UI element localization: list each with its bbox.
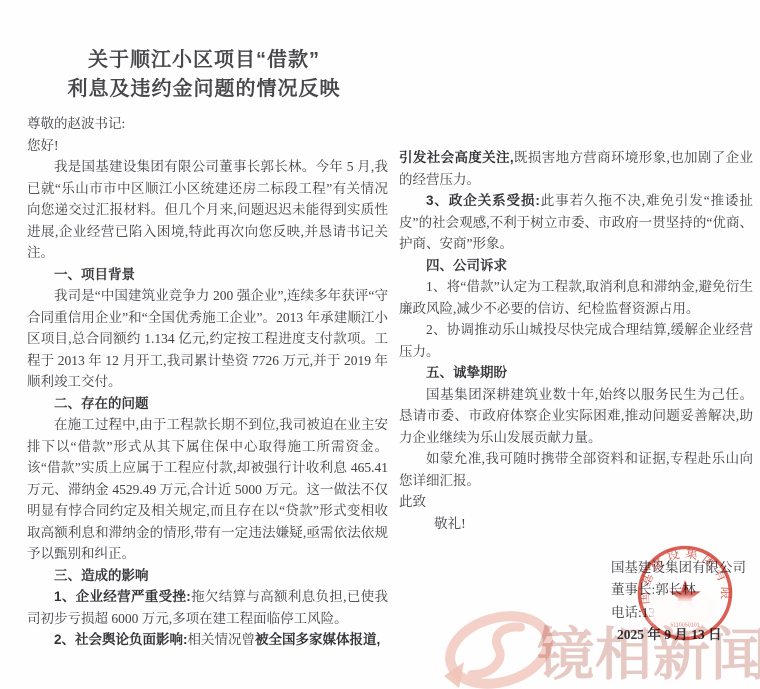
title-line-2: 利息及违约金问题的情况反映 (28, 75, 380, 104)
salutation: 尊敬的赵波书记: (27, 113, 388, 135)
impact-item-2-bold-tail: 被全国多家媒体报道, (255, 632, 380, 647)
section-heading-1: 一、项目背景 (27, 264, 388, 286)
section-heading-2: 二、存在的问题 (27, 393, 388, 415)
problem-paragraph: 在施工过程中,由于工程款长期不到位,我司被迫在业主安排下以“借款”形式从其下属住… (27, 414, 388, 565)
title-line-1: 关于顺江小区项目“借款” (28, 46, 380, 75)
impact-item-2: 2、社会舆论负面影响:相关情况曾被全国多家媒体报道, (27, 629, 388, 651)
document-title: 关于顺江小区项目“借款” 利息及违约金问题的情况反映 (28, 46, 380, 104)
left-column: 尊敬的赵波书记: 您好! 我是国基建设集团有限公司董事长郭长林。今年 5 月,我… (27, 113, 388, 651)
impact-item-1-lead: 1、企业经营严重受挫: (54, 589, 191, 604)
phone-redaction-patch (654, 601, 708, 618)
closing-cizhi: 此致 (399, 491, 753, 513)
closing-jingli: 敬礼! (399, 513, 753, 535)
right-column: 引发社会高度关注,既损害地方营商环境形象,也加剧了企业的经营压力。 3、政企关系… (399, 147, 753, 534)
impact-item-1: 1、企业经营严重受挫:拖欠结算与高额利息负担,已使我司初步亏损超 6000 万元… (27, 586, 388, 629)
intro-paragraph: 我是国基建设集团有限公司董事长郭长林。今年 5 月,我已就“乐山市市中区顺江小区… (27, 156, 388, 264)
continuation-lead: 引发社会高度关注, (399, 150, 514, 165)
section-heading-4: 四、公司诉求 (399, 255, 753, 277)
impact-item-2-text: 相关情况曾 (188, 632, 256, 647)
impact-item-2-lead: 2、社会舆论负面影响: (54, 632, 188, 647)
hope-paragraph-2: 如蒙允准,我可随时携带全部资料和证据,专程赴乐山向您详细汇报。 (399, 448, 753, 491)
impact-item-3: 3、政企关系受损:此事若久拖不决,难免引发“推诿扯皮”的社会观感,不利于树立市委… (399, 190, 753, 255)
section-heading-3: 三、造成的影响 (27, 565, 388, 587)
request-item-1: 1、将“借款”认定为工程款,取消利息和滞纳金,避免衍生廉政风险,减少不必要的信访… (399, 276, 753, 319)
impact-item-3-lead: 3、政企关系受损: (426, 193, 540, 208)
background-paragraph: 我司是“中国建筑业竞争力 200 强企业”,连续多年获评“守合同重信用企业”和“… (27, 285, 388, 393)
scanned-letter-page: 关于顺江小区项目“借款” 利息及违约金问题的情况反映 尊敬的赵波书记: 您好! … (0, 0, 760, 689)
greeting: 您好! (27, 135, 388, 157)
impact-item-2-continuation: 引发社会高度关注,既损害地方营商环境形象,也加剧了企业的经营压力。 (399, 147, 753, 190)
request-item-2: 2、协调推动乐山城投尽快完成合理结算,缓解企业经营压力。 (399, 319, 753, 362)
section-heading-5: 五、诚挚期盼 (399, 362, 753, 384)
watermark-text: 镜相新闻 (537, 623, 760, 689)
hope-paragraph-1: 国基集团深耕建筑业数十年,始终以服务民生为己任。恳请市委、市政府体察企业实际困难… (399, 384, 753, 449)
